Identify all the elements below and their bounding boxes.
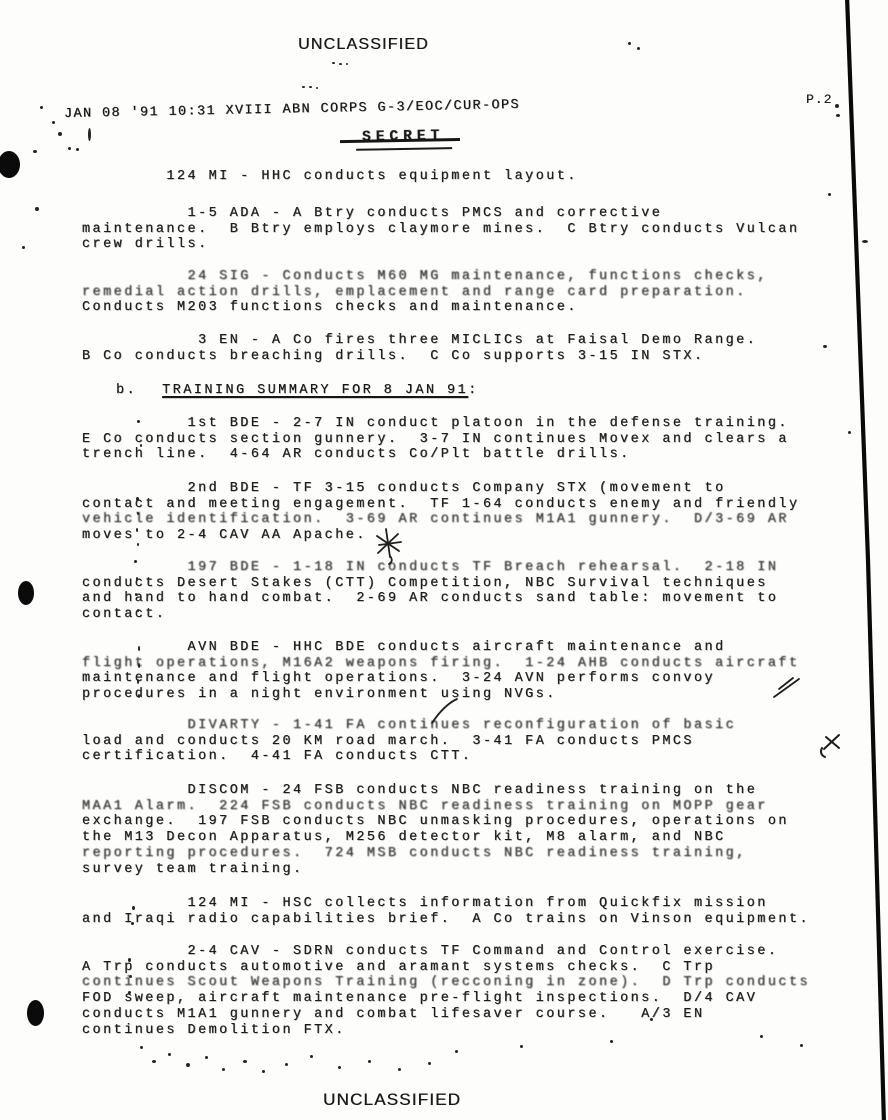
text-line: exchange. 197 FSB conducts NBC unmasking… <box>82 814 789 830</box>
classification-stamp-top: UNCLASSIFIED <box>298 36 429 54</box>
scan-speck <box>823 345 827 348</box>
scan-speck <box>22 246 25 249</box>
scan-speck <box>862 240 868 243</box>
scan-speck <box>339 63 342 65</box>
scan-speck <box>136 497 139 501</box>
paragraph: DIVARTY - 1-41 FA continues reconfigurat… <box>82 718 736 765</box>
text-line: continues Demolition FTX. <box>82 1023 810 1039</box>
text-line: 124 MI - HSC collects information from Q… <box>82 896 810 912</box>
text-line: remedial action drills, emplacement and … <box>82 285 768 301</box>
text-line: load and conducts 20 KM road march. 3-41… <box>82 734 736 750</box>
text-line: 2-4 CAV - SDRN conducts TF Command and C… <box>82 944 810 960</box>
paragraph: DISCOM - 24 FSB conducts NBC readiness t… <box>82 783 789 877</box>
scan-speck <box>610 1040 613 1043</box>
scan-speck <box>186 1063 190 1067</box>
scan-speck <box>332 62 335 64</box>
text-line: moves to 2-4 CAV AA Apache. <box>82 528 800 544</box>
scan-speck <box>40 106 43 109</box>
text-line: FOD sweep, aircraft maintenance pre-flig… <box>82 991 810 1007</box>
scan-speck <box>134 560 137 563</box>
handwritten-scribble-mark <box>821 735 839 757</box>
scan-speck <box>138 646 140 651</box>
scan-speck <box>137 543 139 546</box>
text-line: conducts Desert Stakes (CTT) Competition… <box>82 576 778 592</box>
scan-speck <box>137 420 140 423</box>
text-line: 1st BDE - 2-7 IN conduct platoon in the … <box>82 416 789 432</box>
text-line: conducts M1A1 gunnery and combat lifesav… <box>82 1007 810 1023</box>
scan-speck <box>222 1068 225 1071</box>
scan-speck <box>835 104 839 108</box>
section-heading-prefix: b. <box>116 383 137 398</box>
scan-speck <box>428 1062 431 1065</box>
scan-speck <box>140 1046 143 1049</box>
text-line: survey team training. <box>82 862 789 878</box>
classification-stamp-bottom: UNCLASSIFIED <box>323 1090 461 1110</box>
text-line: the M13 Decon Apparatus, M256 detector k… <box>82 830 789 846</box>
text-line: and Iraqi radio capabilities brief. A Co… <box>82 912 810 928</box>
text-line: contact and meeting engagement. TF 1-64 … <box>82 497 800 513</box>
scan-speck <box>135 593 137 596</box>
scan-speck <box>650 1018 653 1021</box>
scan-speck <box>168 1053 171 1056</box>
scan-speck <box>368 1060 371 1063</box>
text-line: and hand to hand combat. 2-69 AR conduct… <box>82 591 778 607</box>
scan-speck <box>760 1035 763 1038</box>
scan-speck <box>205 1056 208 1059</box>
scan-speck <box>628 42 631 45</box>
text-line: B Co conducts breaching drills. C Co sup… <box>82 349 757 365</box>
scan-speck <box>132 906 135 910</box>
scan-edge-line <box>847 0 884 1120</box>
fax-header-line: JAN 08 '91 10:31 XVIII ABN CORPS G-3/EOC… <box>64 98 520 122</box>
scan-speck <box>346 63 348 65</box>
text-line: certification. 4-41 FA conducts CTT. <box>82 749 736 765</box>
text-line: crew drills. <box>82 237 800 253</box>
scan-speck <box>68 147 71 150</box>
paragraph: 24 SIG - Conducts M60 MG maintenance, fu… <box>82 269 768 316</box>
text-line: 3 EN - A Co fires three MICLICs at Faisa… <box>82 333 757 349</box>
page-number: P.2 <box>806 92 832 107</box>
secret-stamp-text: SECRET <box>362 128 444 145</box>
scan-speck <box>848 431 851 434</box>
text-line: 197 BDE - 1-18 IN conducts TF Breach reh… <box>82 560 778 576</box>
scan-speck <box>836 114 840 117</box>
scan-speck <box>33 150 37 153</box>
scan-speck <box>285 1063 288 1066</box>
text-line: DIVARTY - 1-41 FA continues reconfigurat… <box>82 718 736 734</box>
scan-speck <box>131 922 134 925</box>
scanned-document-page: UNCLASSIFIED UNCLASSIFIED JAN 08 '91 10:… <box>0 0 888 1120</box>
scan-speck <box>455 1050 458 1053</box>
scan-speck <box>137 609 139 612</box>
scan-speck <box>128 991 131 994</box>
scan-speck <box>137 679 139 684</box>
text-line: trench line. 4-64 AR conducts Co/Plt bat… <box>82 447 789 463</box>
scan-speck <box>35 207 39 211</box>
scan-speck <box>152 1060 156 1063</box>
scan-speck <box>398 1068 401 1071</box>
scan-speck <box>310 1055 313 1058</box>
scan-speck <box>316 87 318 89</box>
scan-speck <box>52 121 55 124</box>
text-line: maintenance and flight operations. 3-24 … <box>82 671 800 687</box>
scan-speck <box>520 1045 523 1048</box>
text-line: DISCOM - 24 FSB conducts NBC readiness t… <box>82 783 789 799</box>
section-heading-title: TRAINING SUMMARY FOR 8 JAN 91 <box>162 383 468 398</box>
paragraph: AVN BDE - HHC BDE conducts aircraft main… <box>82 640 800 703</box>
scan-speck <box>136 528 138 532</box>
scan-speck <box>262 1070 265 1073</box>
text-line: reporting procedures. 724 MSB conducts N… <box>82 846 789 862</box>
section-heading: b.TRAINING SUMMARY FOR 8 JAN 91: <box>116 383 479 398</box>
text-line: AVN BDE - HHC BDE conducts aircraft main… <box>82 640 800 656</box>
paragraph: 1st BDE - 2-7 IN conduct platoon in the … <box>82 416 789 463</box>
paragraph: 1-5 ADA - A Btry conducts PMCS and corre… <box>82 206 800 253</box>
text-line: 2nd BDE - TF 3-15 conducts Company STX (… <box>82 481 800 497</box>
scan-speck <box>138 663 140 668</box>
paragraph: 124 MI - HHC conducts equipment layout. <box>82 169 578 185</box>
hole-punch-mark <box>27 1000 44 1026</box>
paragraph: 2-4 CAV - SDRN conducts TF Command and C… <box>82 944 810 1038</box>
scan-speck <box>243 1060 247 1063</box>
scan-speck <box>136 577 138 581</box>
text-line: Conducts M203 functions checks and maint… <box>82 300 768 316</box>
text-line: 24 SIG - Conducts M60 MG maintenance, fu… <box>82 269 768 285</box>
text-line: continues Scout Weapons Training (reccon… <box>82 975 810 991</box>
paragraph: 3 EN - A Co fires three MICLICs at Faisa… <box>82 333 757 364</box>
struck-secret-stamp: SECRET <box>340 126 464 154</box>
scan-speck <box>88 128 91 141</box>
scan-speck <box>138 694 140 698</box>
paragraph: 2nd BDE - TF 3-15 conducts Company STX (… <box>82 481 800 544</box>
text-line: flight operations, M16A2 weapons firing.… <box>82 656 800 672</box>
scan-speck <box>129 975 132 978</box>
scan-speck <box>309 86 312 88</box>
scan-speck <box>76 148 79 151</box>
text-line: 1-5 ADA - A Btry conducts PMCS and corre… <box>82 206 800 222</box>
text-line: MAA1 Alarm. 224 FSB conducts NBC readine… <box>82 799 789 815</box>
text-line: A Trp conducts automotive and aramant sy… <box>82 960 810 976</box>
scan-speck <box>128 958 131 962</box>
paragraph: 197 BDE - 1-18 IN conducts TF Breach reh… <box>82 560 778 623</box>
scan-speck <box>302 86 305 88</box>
scan-speck <box>140 444 142 447</box>
text-line: E Co conducts section gunnery. 3-7 IN co… <box>82 432 789 448</box>
text-line: contact. <box>82 607 778 623</box>
text-line: procedures in a night environment using … <box>82 687 800 703</box>
scan-speck <box>637 47 640 50</box>
text-line: vehicle identification. 3-69 AR continue… <box>82 512 800 528</box>
paragraph: 124 MI - HSC collects information from Q… <box>82 896 810 927</box>
section-heading-colon: : <box>468 383 479 398</box>
hole-punch-mark <box>0 151 20 178</box>
secret-underline <box>356 147 452 151</box>
text-line: maintenance. B Btry employs claymore min… <box>82 222 800 238</box>
scan-speck <box>828 193 831 196</box>
scan-speck <box>338 1066 341 1069</box>
scan-speck <box>137 512 139 515</box>
scan-speck <box>800 1044 803 1047</box>
text-line: 124 MI - HHC conducts equipment layout. <box>82 169 578 185</box>
hole-punch-mark <box>18 581 34 605</box>
scan-speck <box>58 132 62 136</box>
